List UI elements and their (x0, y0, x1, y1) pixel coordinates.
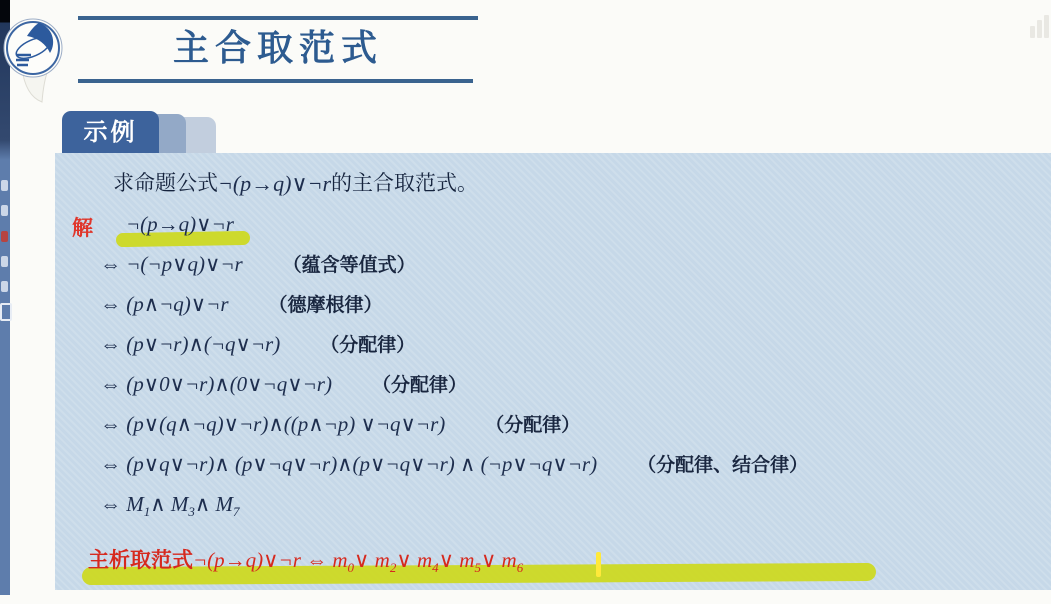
formula: ⇔ (p∧¬q)∨¬r (100, 292, 229, 316)
conclusion-prefix: 主析取范式 (88, 548, 193, 572)
university-logo-icon (2, 8, 64, 106)
left-strip-glyph (1, 205, 8, 216)
formula: ⇔ M1∧ M3∧ M7 (100, 492, 240, 516)
lecture-slide: 主合取范式 示例 求命题公式¬(p→q)∨¬r的主合取范式。 解 ¬(p→q)∨… (0, 0, 1051, 604)
conclusion-line: 主析取范式¬(p→q)∨¬r ⇔ m0∨ m2∨ m4∨ m5∨ m6 (88, 544, 523, 576)
derivation-line: ⇔ (p∧¬q)∨¬r（德摩根律） (100, 284, 1041, 324)
left-strip-glyph (1, 231, 8, 242)
rule-label: （分配律、结合律） (637, 454, 808, 476)
problem-prefix: 求命题公式 (113, 171, 218, 195)
title-block: 主合取范式 (78, 16, 478, 83)
solution-label: 解 (72, 212, 93, 242)
problem-formula: ¬(p→q)∨¬r (218, 171, 331, 196)
formula: ⇔ (p∨(q∧¬q)∨¬r)∧((p∧¬p) ∨¬q∨¬r) (100, 412, 445, 436)
left-strip-glyph (1, 281, 8, 292)
rule-label: （分配律） (320, 334, 415, 356)
derivation-lines: ¬(p→q)∨¬r⇔ ¬(¬p∨q)∨¬r（蕴含等值式）⇔ (p∧¬q)∨¬r（… (100, 204, 1041, 524)
title-rule-bottom (78, 79, 473, 83)
content-panel: 求命题公式¬(p→q)∨¬r的主合取范式。 解 ¬(p→q)∨¬r⇔ ¬(¬p∨… (55, 153, 1051, 590)
watermark-icon (1030, 12, 1051, 40)
left-strip-glyph (1, 256, 8, 267)
rule-label: （分配律） (372, 374, 467, 396)
problem-suffix: 的主合取范式。 (331, 171, 478, 195)
page-title: 主合取范式 (78, 26, 478, 73)
problem-statement: 求命题公式¬(p→q)∨¬r的主合取范式。 (113, 167, 478, 197)
derivation-line: ⇔ ¬(¬p∨q)∨¬r（蕴含等值式） (100, 244, 1041, 284)
annotation-caret (596, 552, 601, 577)
derivation-line: ⇔ (p∨q∨¬r)∧ (p∨¬q∨¬r)∧(p∨¬q∨¬r) ∧ (¬p∨¬q… (100, 444, 1041, 484)
conclusion-formula: ¬(p→q)∨¬r ⇔ m0∨ m2∨ m4∨ m5∨ m6 (193, 548, 523, 572)
derivation-line: ⇔ (p∨(q∧¬q)∨¬r)∧((p∧¬p) ∨¬q∨¬r)（分配律） (100, 404, 1041, 444)
derivation-line: ⇔ (p∨¬r)∧(¬q∨¬r)（分配律） (100, 324, 1041, 364)
formula: ⇔ (p∨¬r)∧(¬q∨¬r) (100, 332, 280, 356)
derivation-line: ⇔ (p∨0∨¬r)∧(0∨¬q∨¬r)（分配律） (100, 364, 1041, 404)
left-strip-glyph (1, 180, 8, 191)
derivation-line: ¬(p→q)∨¬r (100, 204, 1041, 244)
title-rule-top (78, 16, 478, 20)
formula: ⇔ (p∨0∨¬r)∧(0∨¬q∨¬r) (100, 372, 332, 396)
rule-label: （德摩根律） (269, 294, 383, 316)
rule-label: （蕴含等值式） (283, 254, 416, 276)
formula: ¬(p→q)∨¬r (126, 212, 234, 236)
formula: ⇔ ¬(¬p∨q)∨¬r (100, 252, 243, 276)
left-strip-glyph (0, 303, 12, 321)
rule-label: （分配律） (485, 414, 580, 436)
derivation-line: ⇔ M1∧ M3∧ M7 (100, 484, 1041, 524)
tab-example: 示例 (62, 111, 159, 153)
formula: ⇔ (p∨q∨¬r)∧ (p∨¬q∨¬r)∧(p∨¬q∨¬r) ∧ (¬p∨¬q… (100, 452, 597, 476)
